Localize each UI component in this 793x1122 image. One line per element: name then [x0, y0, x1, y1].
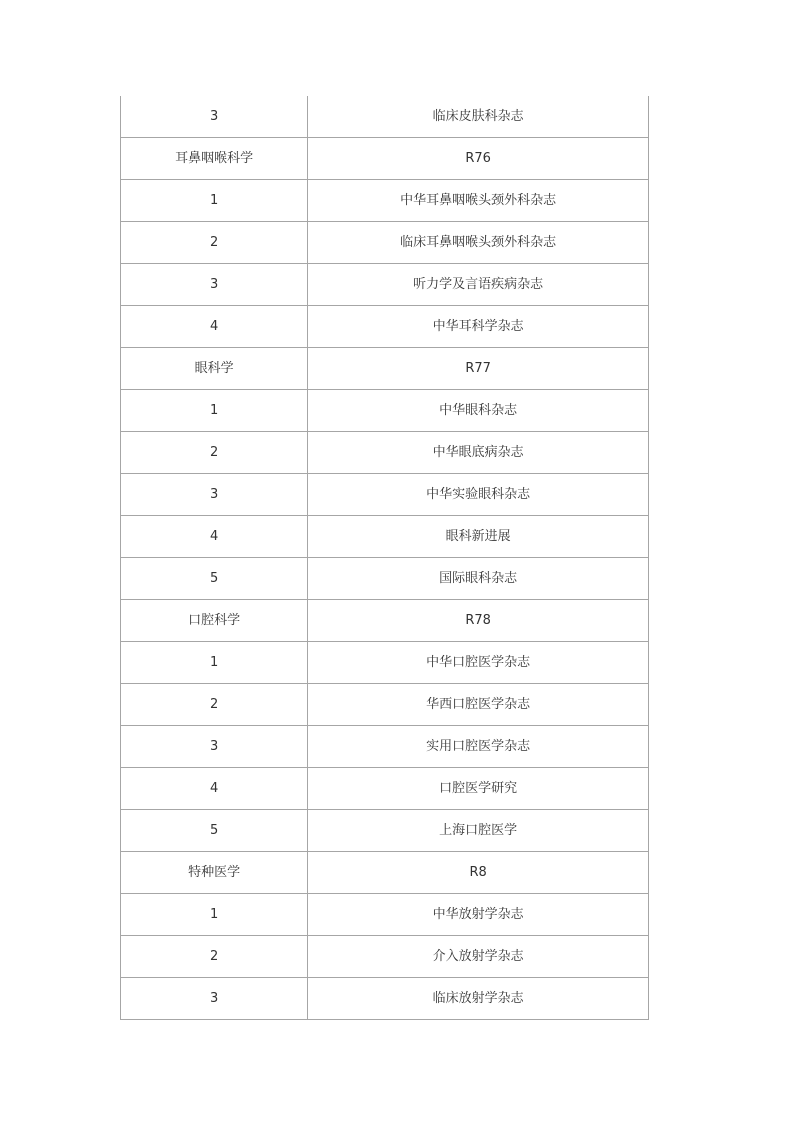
category-code-cell: R8	[308, 852, 649, 894]
journal-name-cell: 实用口腔医学杂志	[308, 726, 649, 768]
table-row: 2 中华眼底病杂志	[121, 432, 649, 474]
category-name-cell: 口腔科学	[121, 600, 308, 642]
rank-cell: 5	[121, 810, 308, 852]
rank-cell: 3	[121, 726, 308, 768]
category-code-cell: R76	[308, 138, 649, 180]
journal-name-cell: 中华眼底病杂志	[308, 432, 649, 474]
journal-name-cell: 中华耳鼻咽喉头颈外科杂志	[308, 180, 649, 222]
category-name-cell: 眼科学	[121, 348, 308, 390]
category-row: 特种医学 R8	[121, 852, 649, 894]
journal-name-cell: 中华实验眼科杂志	[308, 474, 649, 516]
journal-name-cell: 上海口腔医学	[308, 810, 649, 852]
journal-name-cell: 口腔医学研究	[308, 768, 649, 810]
journal-name-cell: 临床皮肤科杂志	[308, 96, 649, 138]
rank-cell: 3	[121, 264, 308, 306]
rank-cell: 3	[121, 474, 308, 516]
rank-cell: 4	[121, 516, 308, 558]
table-row: 3 听力学及言语疾病杂志	[121, 264, 649, 306]
journal-name-cell: 国际眼科杂志	[308, 558, 649, 600]
category-row: 耳鼻咽喉科学 R76	[121, 138, 649, 180]
journal-name-cell: 中华放射学杂志	[308, 894, 649, 936]
category-row: 眼科学 R77	[121, 348, 649, 390]
rank-cell: 4	[121, 768, 308, 810]
table-row: 5 国际眼科杂志	[121, 558, 649, 600]
table-row: 2 临床耳鼻咽喉头颈外科杂志	[121, 222, 649, 264]
table-row: 2 华西口腔医学杂志	[121, 684, 649, 726]
journal-name-cell: 中华口腔医学杂志	[308, 642, 649, 684]
rank-cell: 5	[121, 558, 308, 600]
table-row: 1 中华眼科杂志	[121, 390, 649, 432]
journal-name-cell: 华西口腔医学杂志	[308, 684, 649, 726]
rank-cell: 3	[121, 978, 308, 1020]
rank-cell: 2	[121, 222, 308, 264]
journal-name-cell: 中华耳科学杂志	[308, 306, 649, 348]
category-code-cell: R78	[308, 600, 649, 642]
rank-cell: 4	[121, 306, 308, 348]
journal-table: 3 临床皮肤科杂志 耳鼻咽喉科学 R76 1 中华耳鼻咽喉头颈外科杂志 2 临床…	[120, 96, 649, 1020]
rank-cell: 2	[121, 936, 308, 978]
journal-name-cell: 临床放射学杂志	[308, 978, 649, 1020]
table-row: 4 中华耳科学杂志	[121, 306, 649, 348]
table-row: 2 介入放射学杂志	[121, 936, 649, 978]
table-row: 3 临床放射学杂志	[121, 978, 649, 1020]
category-row: 口腔科学 R78	[121, 600, 649, 642]
rank-cell: 1	[121, 390, 308, 432]
rank-cell: 3	[121, 96, 308, 138]
rank-cell: 1	[121, 642, 308, 684]
journal-name-cell: 眼科新进展	[308, 516, 649, 558]
table-row: 1 中华放射学杂志	[121, 894, 649, 936]
table-row: 1 中华耳鼻咽喉头颈外科杂志	[121, 180, 649, 222]
category-code-cell: R77	[308, 348, 649, 390]
table-row: 3 实用口腔医学杂志	[121, 726, 649, 768]
journal-name-cell: 听力学及言语疾病杂志	[308, 264, 649, 306]
category-name-cell: 耳鼻咽喉科学	[121, 138, 308, 180]
journal-name-cell: 介入放射学杂志	[308, 936, 649, 978]
journal-name-cell: 临床耳鼻咽喉头颈外科杂志	[308, 222, 649, 264]
table-row: 4 口腔医学研究	[121, 768, 649, 810]
table-row: 5 上海口腔医学	[121, 810, 649, 852]
rank-cell: 2	[121, 684, 308, 726]
journal-table-body: 3 临床皮肤科杂志 耳鼻咽喉科学 R76 1 中华耳鼻咽喉头颈外科杂志 2 临床…	[121, 96, 649, 1020]
journal-name-cell: 中华眼科杂志	[308, 390, 649, 432]
rank-cell: 1	[121, 894, 308, 936]
table-row: 4 眼科新进展	[121, 516, 649, 558]
category-name-cell: 特种医学	[121, 852, 308, 894]
table-row: 1 中华口腔医学杂志	[121, 642, 649, 684]
rank-cell: 2	[121, 432, 308, 474]
table-row: 3 中华实验眼科杂志	[121, 474, 649, 516]
table-row: 3 临床皮肤科杂志	[121, 96, 649, 138]
rank-cell: 1	[121, 180, 308, 222]
